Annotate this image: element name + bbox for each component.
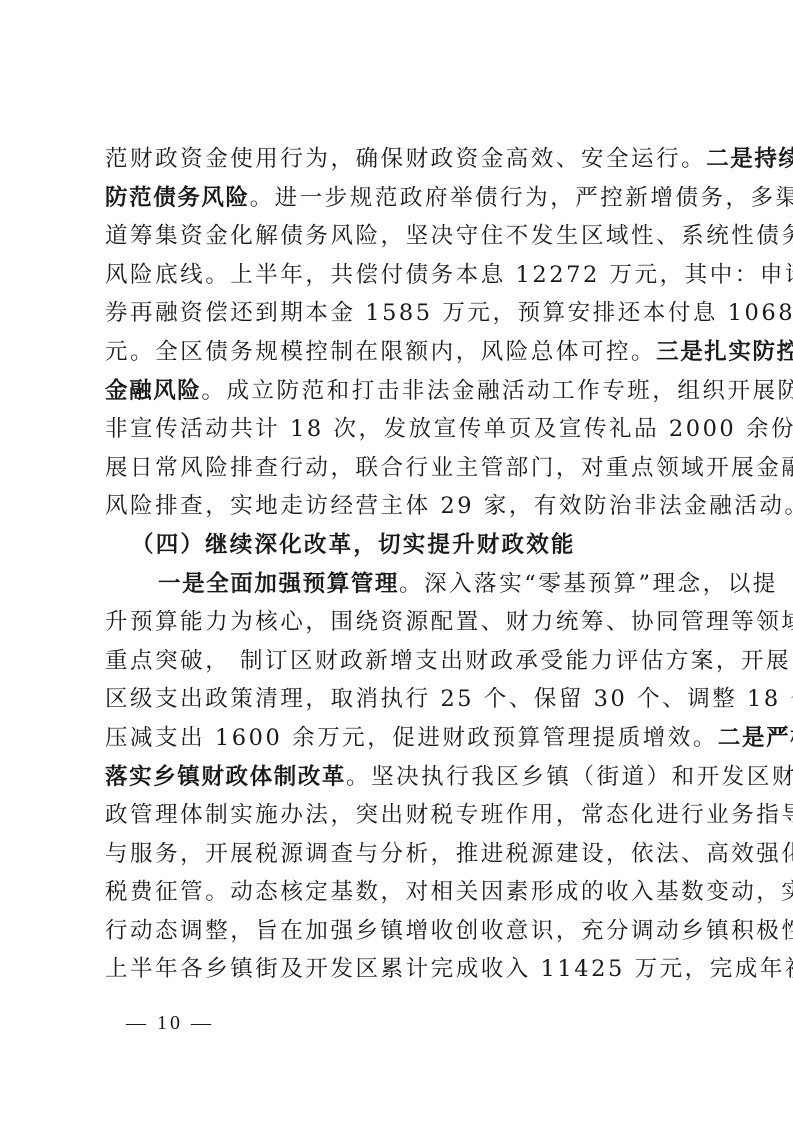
text-run: 上半年各乡镇街及开发区累计完成收入 11425 万元，完成年初预 (105, 956, 793, 982)
text-run: 区级支出政策清理，取消执行 25 个、保留 30 个、调整 18 个， (105, 686, 793, 712)
text-run: 与服务，开展税源调查与分析，推进税源建设，依法、高效强化 (105, 841, 793, 867)
text-line: 重点突破， 制订区财政新增支出财政承受能力评估方案，开展 (105, 642, 693, 681)
text-run: 行动态调整，旨在加强乡镇增收创收意识，充分调动乡镇积极性。 (105, 918, 793, 944)
text-run: 。深入落实“零基预算”理念，以提 (399, 571, 778, 597)
text-run: （四）继续深化改革，切实提升财政效能 (131, 532, 576, 558)
text-run: 政管理体制实施办法，突出财税专班作用，常态化进行业务指导 (105, 802, 793, 828)
text-run: 。成立防范和打击非法金融活动工作专班，组织开展防 (201, 378, 793, 404)
text-line: 与服务，开展税源调查与分析，推进税源建设，依法、高效强化 (105, 835, 693, 874)
text-line: 行动态调整，旨在加强乡镇增收创收意识，充分调动乡镇积极性。 (105, 912, 693, 951)
document-body: 范财政资金使用行为，确保财政资金高效、安全运行。二是持续防范债务风险。进一步规范… (105, 140, 693, 989)
text-line: 落实乡镇财政体制改革。坚决执行我区乡镇（街道）和开发区财 (105, 758, 693, 797)
text-line: 一是全面加强预算管理。深入落实“零基预算”理念，以提 (105, 565, 693, 604)
text-run: 升预算能力为核心，围绕资源配置、财力统筹、协同管理等领域 (105, 609, 793, 635)
text-run: 风险排查，实地走访经营主体 29 家，有效防治非法金融活动。 (105, 493, 793, 519)
text-line: 政管理体制实施办法，突出财税专班作用，常态化进行业务指导 (105, 796, 693, 835)
text-run: 压减支出 1600 余万元，促进财政预算管理提质增效。 (105, 725, 718, 751)
page-number: — 10 — (126, 1012, 214, 1035)
text-line: 券再融资偿还到期本金 1585 万元，预算安排还本付息 10687 万 (105, 294, 693, 333)
text-line: 元。全区债务规模控制在限额内，风险总体可控。三是扎实防控 (105, 333, 693, 372)
text-line: 税费征管。动态核定基数，对相关因素形成的收入基数变动，实 (105, 873, 693, 912)
text-line: 范财政资金使用行为，确保财政资金高效、安全运行。二是持续 (105, 140, 693, 179)
text-line: 金融风险。成立防范和打击非法金融活动工作专班，组织开展防 (105, 372, 693, 411)
bold-lead-phrase: 一是全面加强预算管理 (158, 571, 399, 597)
text-line: 展日常风险排查行动，联合行业主管部门，对重点领域开展金融 (105, 449, 693, 488)
text-line: 非宣传活动共计 18 次，发放宣传单页及宣传礼品 2000 余份。开 (105, 410, 693, 449)
text-line: 风险底线。上半年，共偿付债务本息 12272 万元，其中：申请债 (105, 256, 693, 295)
text-run: 展日常风险排查行动，联合行业主管部门，对重点领域开展金融 (105, 455, 793, 481)
bold-lead-phrase: 二是严格 (718, 725, 793, 751)
text-run: 风险底线。上半年，共偿付债务本息 12272 万元，其中：申请债 (105, 262, 793, 288)
text-run: 。坚决执行我区乡镇（街道）和开发区财 (346, 764, 793, 790)
text-run: 券再融资偿还到期本金 1585 万元，预算安排还本付息 10687 万 (105, 300, 793, 326)
bold-lead-phrase: 金融风险 (105, 378, 201, 404)
text-line: 防范债务风险。进一步规范政府举债行为，严控新增债务，多渠 (105, 179, 693, 218)
text-line: 升预算能力为核心，围绕资源配置、财力统筹、协同管理等领域 (105, 603, 693, 642)
text-run: 非宣传活动共计 18 次，发放宣传单页及宣传礼品 2000 余份。开 (105, 416, 793, 442)
bold-lead-phrase: 防范债务风险 (105, 185, 250, 211)
text-run: 重点突破， 制订区财政新增支出财政承受能力评估方案，开展 (105, 648, 791, 674)
bold-lead-phrase: 二是持续 (706, 146, 793, 172)
bold-lead-phrase: 三是扎实防控 (656, 339, 793, 365)
text-line: 区级支出政策清理，取消执行 25 个、保留 30 个、调整 18 个， (105, 680, 693, 719)
section-heading: （四）继续深化改革，切实提升财政效能 (105, 526, 693, 565)
text-run: 范财政资金使用行为，确保财政资金高效、安全运行。 (105, 146, 706, 172)
text-run: 元。全区债务规模控制在限额内，风险总体可控。 (105, 339, 656, 365)
bold-lead-phrase: 落实乡镇财政体制改革 (105, 764, 346, 790)
text-line: 上半年各乡镇街及开发区累计完成收入 11425 万元，完成年初预 (105, 950, 693, 989)
text-run: 税费征管。动态核定基数，对相关因素形成的收入基数变动，实 (105, 879, 793, 905)
text-line: 压减支出 1600 余万元，促进财政预算管理提质增效。二是严格 (105, 719, 693, 758)
text-run: 。进一步规范政府举债行为，严控新增债务，多渠 (250, 185, 793, 211)
text-run: 道筹集资金化解债务风险，坚决守住不发生区域性、系统性债务 (105, 223, 793, 249)
text-line: 道筹集资金化解债务风险，坚决守住不发生区域性、系统性债务 (105, 217, 693, 256)
text-line: 风险排查，实地走访经营主体 29 家，有效防治非法金融活动。 (105, 487, 693, 526)
